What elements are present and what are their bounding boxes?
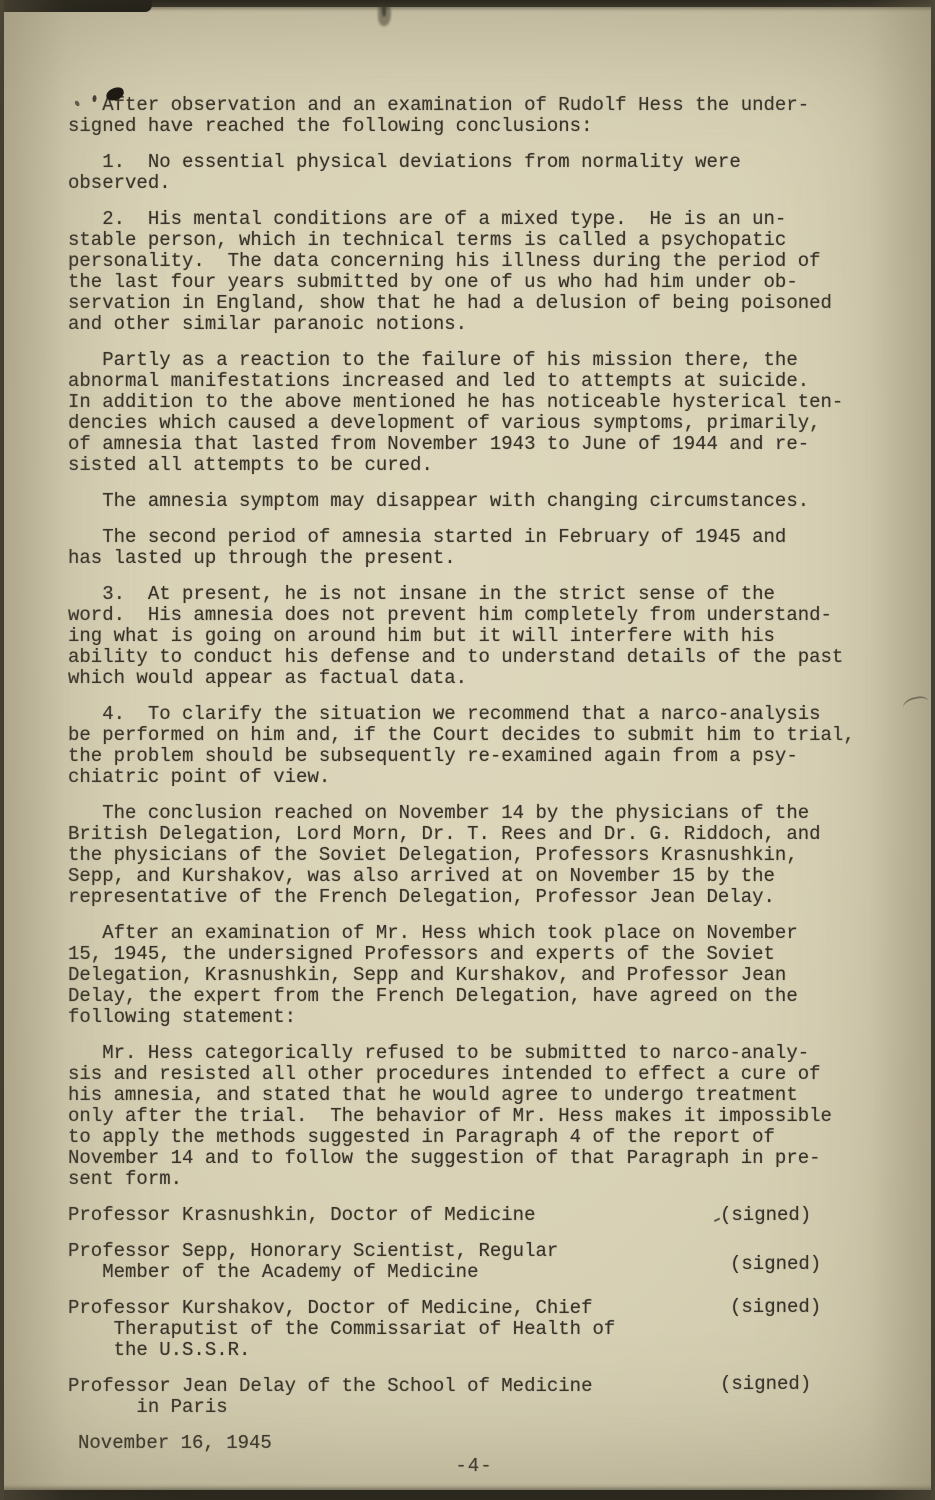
signed-label: (signed) [720, 1205, 811, 1226]
signature-block: Professor Krasnushkin, Doctor of Medicin… [68, 1205, 880, 1418]
paragraph-second-period: The second period of amnesia started in … [68, 527, 880, 569]
scan-edge-bottom [0, 1490, 935, 1500]
pen-scratch-right-margin [902, 694, 931, 716]
paragraph-reaction: Partly as a reaction to the failure of h… [68, 350, 880, 476]
signed-label: (signed) [730, 1297, 821, 1318]
paragraph-amnesia-symptom: The amnesia symptom may disappear with c… [68, 491, 880, 512]
signature-row-delay: Professor Jean Delay of the School of Me… [68, 1376, 880, 1418]
scanned-document-page: After observation and an examination of … [0, 0, 935, 1500]
paragraph-refusal: Mr. Hess categorically refused to be sub… [68, 1043, 880, 1190]
signed-label: (signed) [720, 1374, 811, 1395]
document-body: After observation and an examination of … [68, 95, 880, 1477]
signature-row-krasnushkin: Professor Krasnushkin, Doctor of Medicin… [68, 1205, 880, 1226]
signed-label: (signed) [730, 1254, 821, 1275]
paragraph-point-2: 2. His mental conditions are of a mixed … [68, 209, 880, 335]
date-line: November 16, 1945 [78, 1433, 880, 1454]
scan-edge-left [0, 0, 4, 1500]
scan-edge-top-left [0, 0, 152, 12]
paragraph-point-4: 4. To clarify the situation we recommend… [68, 704, 880, 788]
page-number: -4- [68, 1456, 880, 1477]
signature-row-sepp: Professor Sepp, Honorary Scientist, Regu… [68, 1241, 880, 1283]
paragraph-examination-nov15: After an examination of Mr. Hess which t… [68, 923, 880, 1028]
signature-row-kurshakov: Professor Kurshakov, Doctor of Medicine,… [68, 1298, 880, 1361]
scan-edge-right [931, 0, 935, 1500]
paragraph-point-3: 3. At present, he is not insane in the s… [68, 584, 880, 689]
paragraph-conclusion-nov14: The conclusion reached on November 14 by… [68, 803, 880, 908]
paragraph-intro: After observation and an examination of … [68, 95, 880, 137]
paragraph-point-1: 1. No essential physical deviations from… [68, 152, 880, 194]
